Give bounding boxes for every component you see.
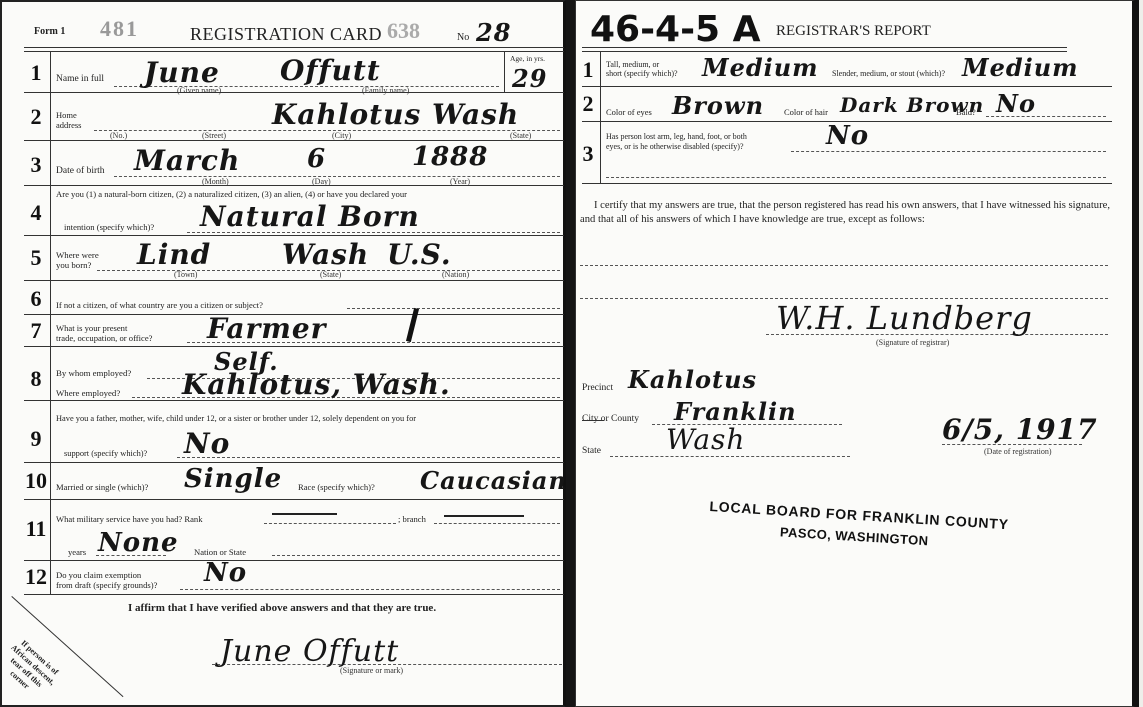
caption-given-name: (Given name) (177, 86, 221, 95)
serial-stamp: 481 (100, 16, 139, 42)
occupation-label-1: What is your present (56, 323, 127, 333)
disability-value: No (826, 121, 869, 151)
affirmation-text: I affirm that I have verified above answ… (128, 602, 436, 614)
marital-status-value: Single (184, 464, 282, 494)
occupation-value: Farmer (207, 312, 326, 345)
branch-dash (444, 515, 524, 517)
dependents-question: Have you a father, mother, wife, child u… (56, 414, 416, 423)
birthplace-label-2: you born? (56, 260, 91, 270)
precinct-value: Kahlotus (628, 365, 757, 394)
certification-text: I certify that my answers are true, that… (580, 199, 1110, 227)
eye-color-value: Brown (672, 91, 764, 120)
military-service-label: What military service have you had? Rank (56, 514, 203, 524)
military-years-value: None (98, 528, 179, 558)
race-value: Caucasian (420, 466, 567, 495)
caption-state: (State) (510, 131, 531, 140)
birth-month-value: March (134, 144, 240, 177)
home-label-1: Home (56, 110, 77, 120)
row-number-8: 8 (22, 366, 50, 392)
family-name-value: Offutt (280, 54, 381, 87)
disability-label-1: Has person lost arm, leg, hand, foot, or… (606, 132, 747, 141)
bald-label: Bald? (956, 107, 976, 117)
given-name-value: June (144, 56, 220, 89)
caption-nation: (Nation) (442, 270, 469, 279)
dependents-value: No (184, 427, 230, 460)
state-label: State (582, 446, 601, 456)
registrar-signature: W.H. Lundberg (776, 299, 1033, 337)
no-label: No (457, 32, 469, 43)
registration-date-value: 6/5, 1917 (942, 413, 1098, 446)
row-number-5: 5 (22, 245, 50, 271)
signature-caption: (Signature or mark) (340, 666, 403, 675)
row-number-6: 6 (22, 286, 50, 312)
local-board-stamp: LOCAL BOARD FOR FRANKLIN COUNTY PASCO, W… (708, 498, 1010, 553)
board-stamp-line-1: LOCAL BOARD FOR FRANKLIN COUNTY (709, 498, 1009, 532)
form-label: Form 1 (34, 26, 65, 37)
row-number-12: 12 (18, 564, 54, 590)
home-address-value: Kahlotus Wash (272, 98, 519, 131)
caption-family-name: (Family name) (362, 86, 409, 95)
row-number-4: 4 (22, 200, 50, 226)
eye-color-label: Color of eyes (606, 107, 652, 117)
birth-nation-value: U.S. (387, 238, 452, 271)
occupation-label-2: trade, occupation, or office? (56, 333, 152, 343)
citizenship-label: intention (specify which)? (64, 222, 154, 232)
birthplace-label-1: Where were (56, 250, 99, 260)
registrars-report: 46-4-5 A REGISTRAR'S REPORT 1 Tall, medi… (575, 0, 1135, 707)
county-label: City or County (582, 414, 639, 424)
name-label: Name in full (56, 74, 104, 84)
birth-day-value: 6 (307, 144, 326, 174)
card-title: REGISTRATION CARD (190, 24, 382, 45)
employment-place-value: Kahlotus, Wash. (182, 368, 451, 401)
state-value: Wash (666, 423, 745, 456)
caption-town: (Town) (174, 270, 197, 279)
tear-off-corner-note: If person is of African descent, tear of… (0, 630, 70, 707)
row-number-9: 9 (22, 426, 50, 452)
dependents-label: support (specify which)? (64, 449, 147, 458)
home-label-2: address (56, 120, 82, 130)
row-number-7: 7 (22, 318, 50, 344)
stamp-code: 46-4-5 A (590, 9, 760, 50)
row-number-2: 2 (22, 104, 50, 130)
caption-city: (City) (332, 131, 351, 140)
scan-edge (1135, 0, 1143, 707)
report-row-number-2: 2 (574, 91, 602, 117)
order-stamp: 638 (387, 18, 420, 44)
employer-label: By whom employed? (56, 368, 131, 378)
height-value: Medium (702, 53, 819, 82)
row-number-1: 1 (22, 60, 50, 86)
hair-color-label: Color of hair (784, 107, 828, 117)
exemption-label-1: Do you claim exemption (56, 570, 141, 580)
rank-dash (272, 513, 337, 515)
registrant-signature: June Offutt (220, 634, 399, 669)
age-label: Age, in yrs. (510, 54, 545, 63)
height-label-1: Tall, medium, or (606, 60, 659, 69)
bald-value: No (996, 89, 1036, 118)
city-strikethrough (582, 420, 604, 421)
citizenship-question: Are you (1) a natural-born citizen, (2) … (56, 189, 407, 199)
row-number-3: 3 (22, 152, 50, 178)
report-row-number-1: 1 (574, 57, 602, 83)
exemption-value: No (204, 558, 247, 588)
registrar-signature-caption: (Signature of registrar) (876, 338, 949, 347)
county-value: Franklin (674, 397, 797, 426)
registration-date-caption: (Date of registration) (984, 447, 1052, 456)
age-value: 29 (512, 64, 547, 93)
race-label: Race (specify which)? (298, 482, 375, 492)
card-number: 28 (476, 18, 511, 47)
employment-place-label: Where employed? (56, 388, 120, 398)
registration-card: Form 1 481 REGISTRATION CARD 638 No 28 1… (0, 0, 566, 707)
caption-street: (Street) (202, 131, 226, 140)
years-label: years (68, 547, 86, 557)
nation-or-state-label: Nation or State (194, 547, 246, 557)
disability-label-2: eyes, or is he otherwise disabled (speci… (606, 142, 744, 151)
branch-label: ; branch (398, 514, 426, 524)
report-row-number-3: 3 (574, 141, 602, 167)
dob-label: Date of birth (56, 166, 105, 176)
citizenship-value: Natural Born (200, 200, 420, 233)
marital-status-label: Married or single (which)? (56, 482, 148, 492)
build-label: Slender, medium, or stout (which)? (832, 69, 945, 78)
exemption-label-2: from draft (specify grounds)? (56, 580, 157, 590)
build-value: Medium (962, 53, 1079, 82)
row-number-11: 11 (18, 516, 54, 542)
birth-town-value: Lind (137, 238, 211, 271)
birth-year-value: 1888 (412, 142, 488, 172)
height-label-2: short (specify which)? (606, 69, 678, 78)
caption-birth-state: (State) (320, 270, 341, 279)
caption-no: (No.) (110, 131, 127, 140)
report-title: REGISTRAR'S REPORT (776, 23, 931, 40)
birth-state-value: Wash (282, 238, 369, 271)
precinct-label: Precinct (582, 383, 613, 393)
foreign-citizen-label: If not a citizen, of what country are yo… (56, 300, 263, 310)
row-number-10: 10 (18, 468, 54, 494)
